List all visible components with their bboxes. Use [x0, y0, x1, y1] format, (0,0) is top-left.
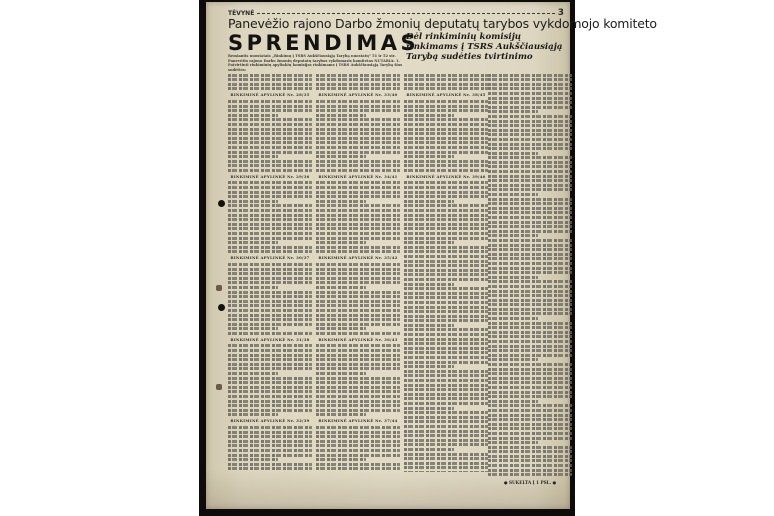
text-line: [404, 379, 488, 382]
text-line: [488, 395, 572, 398]
text-line: [228, 454, 312, 457]
text-line: [228, 195, 312, 198]
text-line: [404, 160, 488, 163]
text-line: [488, 441, 538, 444]
text-line: [228, 413, 278, 416]
text-line: [404, 164, 488, 167]
text-line: [404, 416, 488, 419]
text-line: [228, 404, 312, 407]
text-line: [316, 218, 400, 221]
text-line: [404, 250, 488, 253]
text-line: [488, 349, 572, 352]
text-line: [488, 386, 572, 389]
text-line: [488, 230, 572, 233]
headline: SPRENDIMAS: [228, 31, 419, 55]
text-line: [488, 133, 572, 136]
text-line: [404, 425, 488, 428]
text-line: [488, 418, 572, 421]
text-line: [488, 271, 572, 274]
text-line: [404, 114, 454, 117]
intro-paragraph: Remiantis nuostatais „Rinkimų į TSRS Auk…: [228, 54, 404, 72]
text-line: [316, 358, 400, 361]
text-line: [228, 83, 312, 86]
text-line: [488, 391, 572, 394]
text-line: [404, 241, 454, 244]
text-line: [228, 314, 312, 317]
text-line: [404, 384, 488, 387]
text-line: [228, 358, 312, 361]
text-line: [488, 83, 572, 86]
text-line: [404, 434, 488, 437]
text-line: [404, 195, 488, 198]
text-line: [316, 449, 400, 452]
text-line: [228, 272, 312, 275]
text-line: [316, 87, 400, 90]
text-line: [228, 458, 278, 461]
text-line: [488, 267, 572, 270]
text-line: [404, 109, 488, 112]
text-line: [404, 200, 454, 203]
text-line: [316, 100, 400, 103]
text-line: [404, 296, 488, 299]
text-line: [404, 439, 488, 442]
district-heading: RINKIMINĖ APYLINKĖ Nr. 28/35: [228, 93, 312, 98]
text-line: [316, 186, 400, 189]
text-line: [488, 101, 572, 104]
district-heading: RINKIMINĖ APYLINKĖ Nr. 37/44: [316, 419, 400, 424]
text-line: [404, 181, 488, 184]
text-line: [228, 444, 312, 447]
text-line: [404, 255, 488, 258]
text-line: [228, 332, 312, 335]
text-line: [488, 345, 572, 348]
text-line: [404, 328, 488, 331]
text-line: [404, 301, 488, 304]
text-column-4: [488, 72, 572, 477]
text-line: [316, 400, 400, 403]
text-line: [228, 250, 312, 253]
text-line: [228, 431, 312, 434]
text-line: [488, 285, 572, 288]
text-line: [228, 123, 312, 126]
text-line: [404, 123, 488, 126]
text-line: [404, 141, 488, 144]
text-line: [316, 200, 366, 203]
text-line: [316, 363, 400, 366]
text-line: [228, 227, 312, 230]
text-line: [488, 124, 572, 127]
text-line: [316, 435, 400, 438]
text-line: [488, 427, 572, 430]
text-line: [228, 141, 312, 144]
text-line: [404, 204, 488, 207]
text-line: [404, 137, 488, 140]
text-line: [404, 402, 488, 405]
text-line: [228, 114, 278, 117]
text-line: [404, 237, 488, 240]
text-line: [488, 354, 572, 357]
text-line: [228, 363, 312, 366]
text-line: [228, 78, 312, 81]
text-line: [488, 97, 572, 100]
text-line: [228, 300, 312, 303]
text-line: [488, 188, 572, 191]
text-line: [228, 105, 312, 108]
text-line: [228, 232, 312, 235]
text-line: [228, 155, 278, 158]
text-line: [316, 118, 400, 121]
text-line: [488, 409, 572, 412]
text-line: [316, 232, 400, 235]
district-heading: RINKIMINĖ APYLINKĖ Nr. 29/36: [228, 175, 312, 180]
text-line: [228, 218, 312, 221]
text-line: [228, 118, 312, 121]
text-line: [488, 368, 572, 371]
text-line: [316, 344, 400, 347]
text-line: [316, 277, 400, 280]
text-line: [488, 165, 572, 168]
text-line: [488, 198, 572, 201]
text-line: [488, 179, 572, 182]
text-line: [316, 281, 400, 284]
text-line: [228, 440, 312, 443]
text-line: [488, 202, 572, 205]
text-line: [488, 326, 572, 329]
text-line: [404, 87, 488, 90]
text-line: [488, 175, 572, 178]
newspaper-page: TĖVYNĖ 3 Panevėžio rajono Darbo žmonių d…: [206, 2, 570, 509]
text-line: [488, 115, 572, 118]
paper-shadow: [206, 469, 570, 509]
text-line: [488, 455, 572, 458]
text-line: [404, 370, 488, 373]
district-heading: RINKIMINĖ APYLINKĖ Nr. 35/42: [316, 256, 400, 261]
punch-hole: [218, 200, 225, 207]
text-line: [228, 390, 312, 393]
text-line: [316, 295, 400, 298]
text-line: [404, 430, 488, 433]
text-line: [316, 272, 400, 275]
text-line: [488, 152, 538, 155]
text-line: [316, 132, 400, 135]
text-line: [404, 269, 488, 272]
text-line: [404, 132, 488, 135]
text-line: [316, 300, 400, 303]
text-line: [404, 324, 454, 327]
text-line: [404, 155, 454, 158]
text-line: [404, 315, 488, 318]
text-line: [316, 431, 400, 434]
text-line: [404, 411, 488, 414]
text-line: [488, 280, 572, 283]
text-line: [404, 453, 488, 456]
district-heading: RINKIMINĖ APYLINKĖ Nr. 32/39: [228, 419, 312, 424]
torn-punch-hole: [216, 384, 222, 390]
text-line: [228, 395, 312, 398]
text-line: [228, 191, 312, 194]
text-line: [228, 204, 312, 207]
text-line: [228, 237, 312, 240]
punch-hole: [218, 304, 225, 311]
text-line: [228, 304, 312, 307]
text-line: [404, 186, 488, 189]
text-line: [228, 109, 312, 112]
text-line: [228, 241, 278, 244]
text-line: [316, 204, 400, 207]
text-line: [488, 207, 572, 210]
text-line: [228, 214, 312, 217]
text-line: [488, 459, 572, 462]
text-line: [488, 138, 572, 141]
text-line: [316, 390, 400, 393]
text-line: [404, 218, 488, 221]
text-line: [228, 386, 312, 389]
text-line: [316, 263, 400, 266]
text-line: [404, 420, 488, 423]
text-line: [404, 374, 488, 377]
text-line: [316, 309, 400, 312]
text-line: [488, 92, 572, 95]
district-heading: RINKIMINĖ APYLINKĖ Nr. 30/37: [228, 256, 312, 261]
text-line: [404, 151, 488, 154]
text-line: [404, 310, 488, 313]
text-line: [404, 333, 488, 336]
text-line: [488, 221, 572, 224]
text-line: [316, 377, 400, 380]
text-line: [316, 268, 400, 271]
text-line: [488, 294, 572, 297]
text-line: [404, 74, 488, 77]
text-line: [404, 105, 488, 108]
text-line: [488, 225, 572, 228]
text-line: [228, 372, 278, 375]
text-line: [488, 464, 572, 467]
text-line: [404, 393, 488, 396]
text-line: [228, 291, 312, 294]
text-line: [488, 248, 572, 251]
district-heading: RINKIMINĖ APYLINKĖ Nr. 34/41: [316, 175, 400, 180]
text-line: [316, 181, 400, 184]
text-line: [316, 404, 400, 407]
text-line: [228, 295, 312, 298]
text-line: [316, 105, 400, 108]
text-line: [316, 114, 366, 117]
text-line: [228, 209, 312, 212]
text-line: [228, 169, 312, 172]
text-line: [228, 223, 312, 226]
text-column-3: RINKIMINĖ APYLINKĖ Nr. 38/45RINKIMINĖ AP…: [404, 72, 488, 472]
text-line: [404, 100, 488, 103]
header-rule: [257, 13, 554, 14]
text-line: [316, 214, 400, 217]
text-line: [228, 381, 312, 384]
text-line: [316, 286, 366, 289]
text-line: [228, 100, 312, 103]
text-line: [404, 191, 488, 194]
text-line: [488, 322, 572, 325]
text-line: [316, 237, 400, 240]
text-line: [488, 358, 538, 361]
text-line: [228, 268, 312, 271]
text-line: [488, 363, 572, 366]
text-line: [404, 273, 488, 276]
text-line: [228, 286, 278, 289]
text-line: [488, 129, 572, 132]
text-line: [404, 342, 488, 345]
text-line: [316, 386, 400, 389]
text-line: [404, 351, 488, 354]
text-line: [488, 308, 572, 311]
text-line: [488, 147, 572, 150]
text-line: [316, 409, 400, 412]
text-line: [488, 193, 538, 196]
text-line: [228, 318, 312, 321]
text-line: [404, 260, 488, 263]
text-line: [316, 381, 400, 384]
text-line: [316, 227, 400, 230]
text-line: [316, 413, 366, 416]
text-line: [488, 239, 572, 242]
text-line: [316, 314, 400, 317]
text-line: [316, 123, 400, 126]
text-line: [488, 303, 572, 306]
text-line: [488, 432, 572, 435]
text-line: [316, 458, 366, 461]
text-line: [316, 195, 400, 198]
text-line: [488, 381, 572, 384]
text-line: [488, 377, 572, 380]
text-line: [404, 214, 488, 217]
text-line: [404, 361, 488, 364]
text-line: [488, 335, 572, 338]
text-line: [404, 169, 488, 172]
text-line: [404, 278, 488, 281]
text-line: [404, 388, 488, 391]
text-line: [316, 444, 400, 447]
text-line: [488, 161, 572, 164]
text-line: [488, 253, 572, 256]
text-line: [228, 344, 312, 347]
text-line: [488, 400, 538, 403]
text-line: [488, 184, 572, 187]
text-line: [228, 277, 312, 280]
text-line: [404, 292, 488, 295]
text-line: [228, 151, 312, 154]
text-line: [488, 74, 572, 77]
text-line: [488, 404, 572, 407]
text-line: [316, 349, 400, 352]
text-line: [228, 137, 312, 140]
text-line: [488, 437, 572, 440]
text-line: [488, 423, 572, 426]
text-line: [404, 306, 488, 309]
subheadline: Dėl rinkiminių komisijų rinkimams į TSRS…: [406, 32, 566, 62]
text-line: [488, 290, 572, 293]
text-line: [228, 74, 312, 77]
text-line: [316, 155, 366, 158]
text-line: [404, 283, 454, 286]
text-column-1: RINKIMINĖ APYLINKĖ Nr. 28/35RINKIMINĖ AP…: [228, 72, 312, 472]
text-line: [228, 87, 312, 90]
text-line: [488, 299, 572, 302]
text-line: [316, 426, 400, 429]
text-line: [228, 354, 312, 357]
text-line: [404, 356, 488, 359]
text-line: [488, 244, 572, 247]
text-line: [488, 211, 572, 214]
text-line: [316, 304, 400, 307]
text-line: [488, 312, 572, 315]
text-line: [316, 354, 400, 357]
text-line: [316, 323, 400, 326]
text-line: [316, 223, 400, 226]
text-line: [316, 395, 400, 398]
text-line: [488, 446, 572, 449]
text-line: [228, 409, 312, 412]
text-line: [316, 463, 400, 466]
text-line: [404, 146, 488, 149]
district-heading: RINKIMINĖ APYLINKĖ Nr. 38/45: [404, 93, 488, 98]
text-line: [488, 317, 538, 320]
text-line: [404, 347, 488, 350]
text-line: [316, 440, 400, 443]
district-heading: RINKIMINĖ APYLINKĖ Nr. 39/46: [404, 175, 488, 180]
text-line: [228, 327, 278, 330]
text-line: [316, 74, 400, 77]
text-line: [404, 209, 488, 212]
text-line: [228, 132, 312, 135]
text-line: [316, 318, 400, 321]
text-line: [316, 241, 366, 244]
text-line: [404, 319, 488, 322]
text-line: [228, 463, 312, 466]
text-line: [404, 78, 488, 81]
text-line: [228, 281, 312, 284]
text-line: [404, 83, 488, 86]
text-line: [316, 327, 366, 330]
text-line: [404, 118, 488, 121]
text-line: [404, 365, 454, 368]
text-line: [228, 449, 312, 452]
text-line: [316, 109, 400, 112]
text-line: [488, 450, 572, 453]
text-line: [404, 443, 488, 446]
text-line: [228, 263, 312, 266]
text-line: [404, 232, 488, 235]
text-line: [228, 146, 312, 149]
text-line: [228, 160, 312, 163]
text-line: [488, 340, 572, 343]
headline-kicker: Panevėžio rajono Darbo žmonių deputatų t…: [228, 16, 657, 31]
text-line: [316, 372, 366, 375]
text-line: [316, 128, 400, 131]
text-line: [228, 367, 312, 370]
text-line: [228, 246, 312, 249]
text-line: [316, 291, 400, 294]
text-line: [404, 462, 488, 465]
text-line: [228, 164, 312, 167]
text-line: [404, 223, 488, 226]
text-line: [316, 151, 400, 154]
text-line: [316, 367, 400, 370]
text-line: [488, 331, 572, 334]
text-line: [488, 170, 572, 173]
text-line: [488, 120, 572, 123]
text-line: [316, 332, 400, 335]
text-line: [228, 377, 312, 380]
text-line: [404, 287, 488, 290]
text-line: [404, 407, 454, 410]
